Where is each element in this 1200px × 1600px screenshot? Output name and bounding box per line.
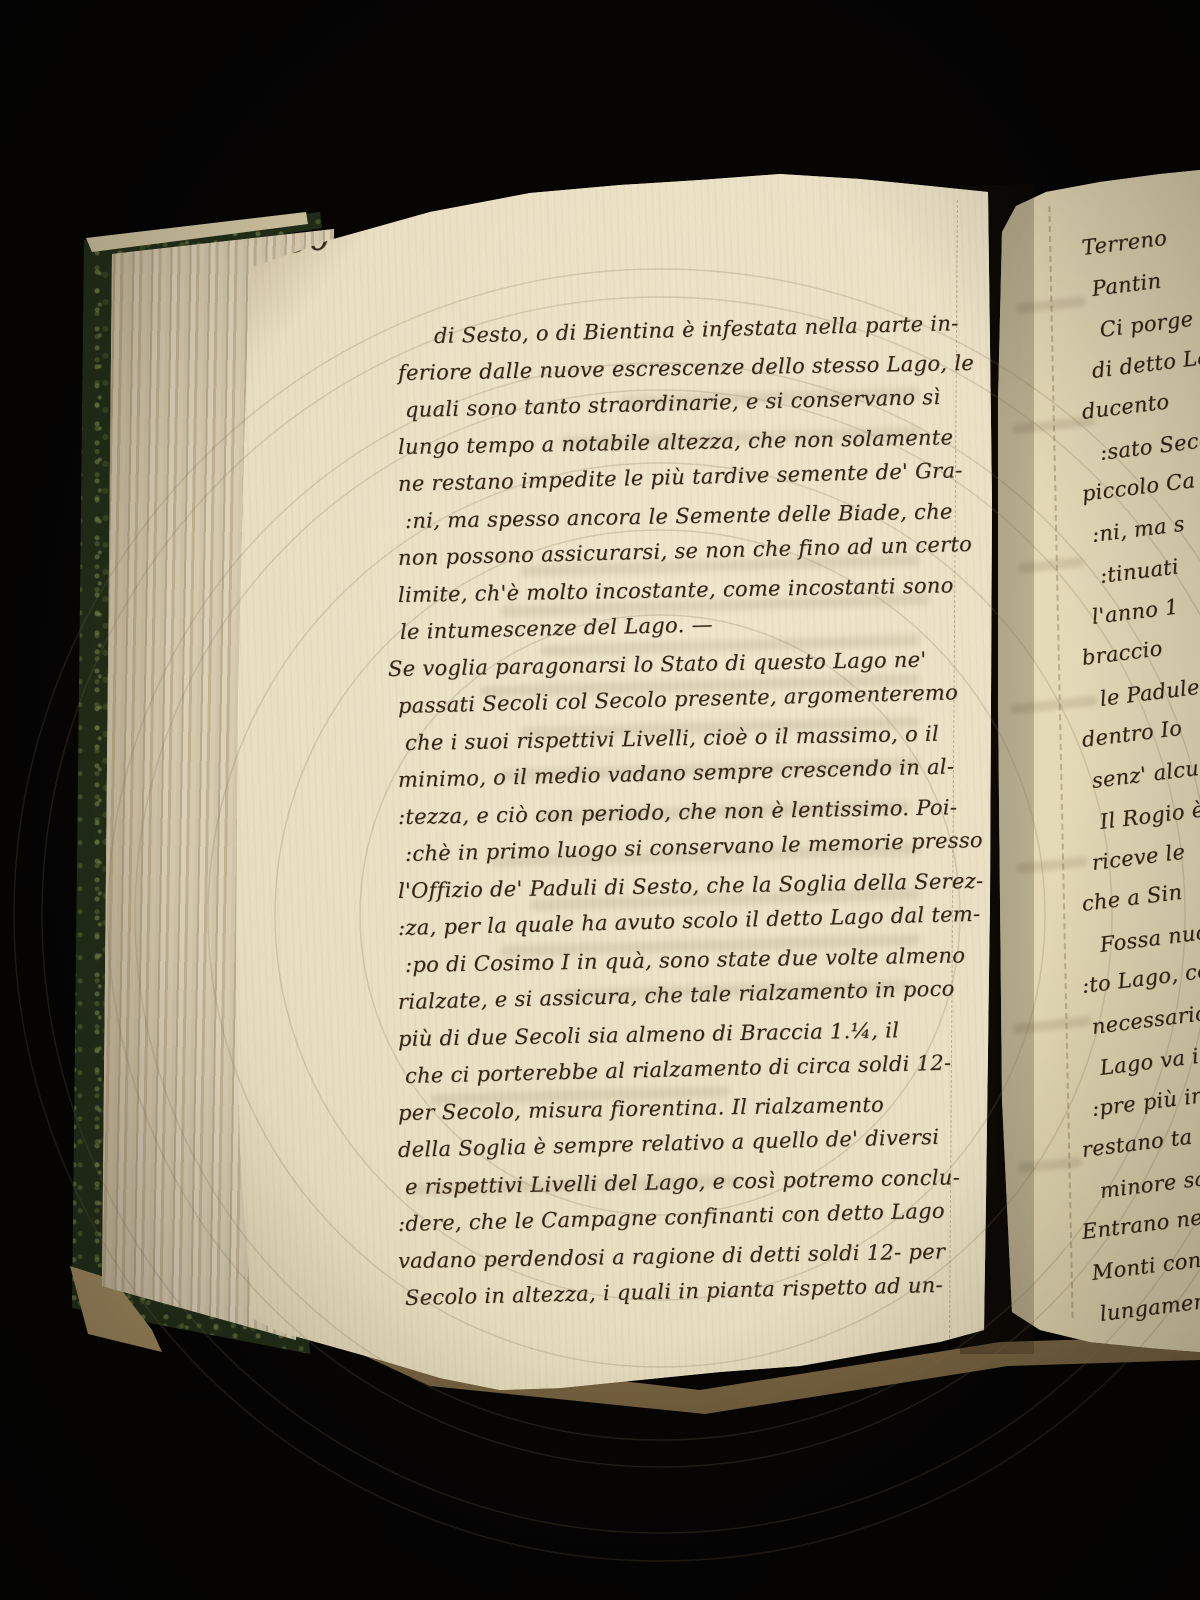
manuscript-photo: TerrenoPantinCi porge lidi detto Laducen… bbox=[0, 0, 1200, 1600]
manuscript-text-block: di Sesto, o di Bientina è infestata nell… bbox=[398, 318, 988, 1317]
facing-page-margin-line bbox=[1048, 206, 1073, 1318]
facing-page-text-block: TerrenoPantinCi porge lidi detto Laducen… bbox=[1082, 228, 1200, 1335]
